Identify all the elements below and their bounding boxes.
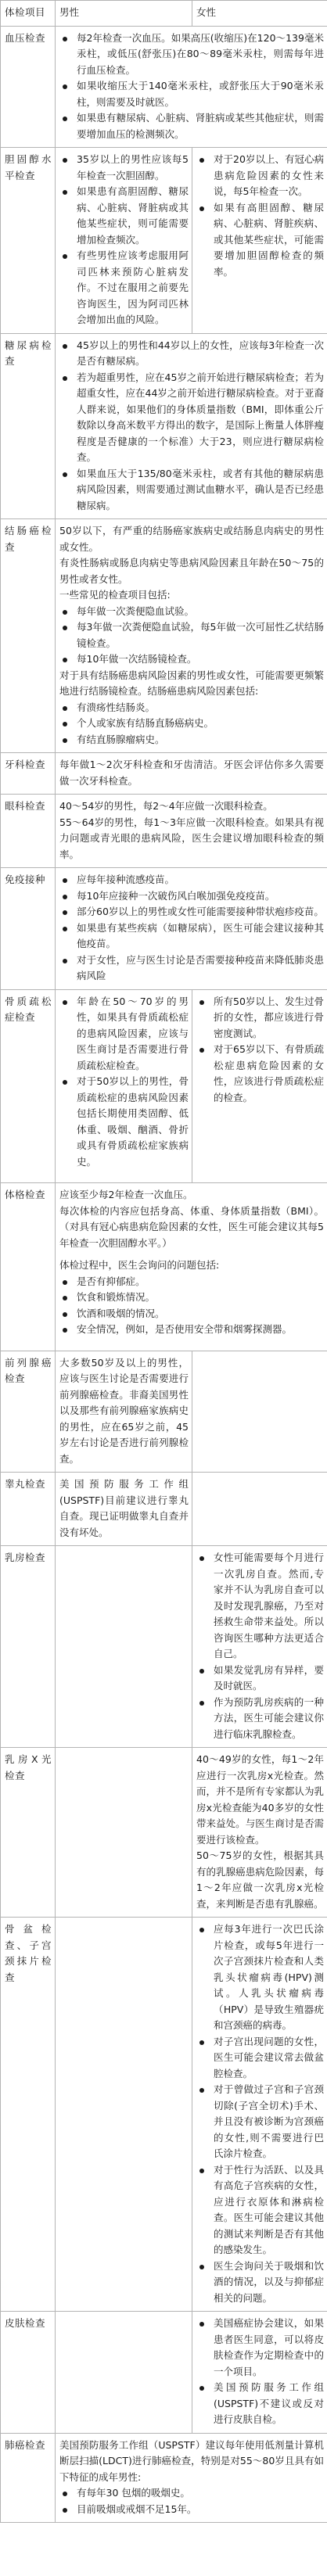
row-content-male (56, 1748, 192, 1918)
paragraph: 每次体检的内容应包括身高、体重、身体质量指数（BMI）。（对具有冠心病患病危险因… (59, 1204, 324, 1252)
row-label: 血压检查 (1, 26, 56, 148)
row-label: 乳房检查 (1, 1546, 56, 1748)
row-label: 糖尿病检查 (1, 333, 56, 519)
row-content-male: 大多数50岁及以上的男性，应该与医生讨论是否需要进行前列腺癌检查。非裔美国男性以… (56, 1351, 192, 1473)
paragraph: 每年做1～2次牙科检查和牙齿清洁。牙医会评估你多久需要做一次牙科检查。 (59, 757, 324, 789)
list-item: 每10年应接种一次破伤风白喉加强免疫疫苗。 (59, 888, 324, 905)
row-content-male: 年龄在50～70岁的男性，如果具有骨质疏松症的患病风险因素，应该与医生商讨是否需… (56, 989, 192, 1183)
list-item: 应每3年进行一次巴氏涂片检查，或每5年进行一次子宫颈抹片检查和人类乳头状瘤病毒(… (196, 1921, 324, 2034)
row-label: 结肠癌检查 (1, 519, 56, 753)
list-item: 有结直肠腺瘤病史。 (59, 732, 324, 748)
row-breast: 乳房检查 女性可能需要每个月进行一次乳房自查。然而,专家并不认为乳房自查可以及时… (1, 1546, 327, 1748)
row-label: 眼科检查 (1, 795, 56, 868)
row-content-female (192, 1473, 327, 1546)
row-colon-cancer: 结肠癌检查 50岁以下，有严重的结肠癌家族病史或结肠息肉病史的男性或女性。 有炎… (1, 519, 327, 753)
list-item: 如果患有某些疾病（如糖尿病），医生可能会建议接种其他疫苗。 (59, 920, 324, 953)
paragraph: 大多数50岁及以上的男性，应该与医生讨论是否需要进行前列腺癌检查。非裔美国男性以… (59, 1355, 189, 1468)
list-item: 美国癌症协会建议，如果患者医生同意，可以将皮肤检查作为定期检查中的一个项目。 (196, 2316, 324, 2380)
paragraph: 一些常见的检查项目包括: (59, 587, 324, 604)
list-item: 如果血压大于135/80毫米汞柱，或者有其他的糖尿病患病风险因素，则需要通过测试… (59, 466, 324, 515)
list-item: 如果患有高胆固醇、糖尿病、心脏病、肾脏病或其他某些症状，则可能需要增加检查频次。 (59, 184, 189, 248)
list-item: 美国预防服务工作组(USPSTF)不建议或反对进行皮肤自检。 (196, 2380, 324, 2428)
row-content-female: 应每3年进行一次巴氏涂片检查，或每5年进行一次子宫颈抹片检查和人类乳头状瘤病毒(… (192, 1918, 327, 2312)
row-content-both: 应该至少每2年检查一次血压。 每次体检的内容应包括身高、体重、身体质量指数（BM… (56, 1183, 327, 1351)
list-item: 对于曾做过子宫和子宫颈切除(子宫全切术)手术、并且没有被诊断为宫颈癌的女性,则不… (196, 2082, 324, 2162)
list-item: 有些男性应该考虑服用阿司匹林来预防心脏病发作。不过在服用之前要先咨询医生，因为阿… (59, 248, 189, 328)
list-item: 医生会询问关于吸烟和饮酒的情况，以及与抑郁症相关的问题。 (196, 2258, 324, 2307)
row-dental: 牙科检查 每年做1～2次牙科检查和牙齿清洁。牙医会评估你多久需要做一次牙科检查。 (1, 753, 327, 795)
list-item: 45岁以上的男性和44岁以上的女性，应该每3年检查一次是否有糖尿病。 (59, 338, 324, 370)
row-pelvic: 骨盆检查、子宫颈抹片检查 应每3年进行一次巴氏涂片检查，或每5年进行一次子宫颈抹… (1, 1918, 327, 2312)
row-content-both: 45岁以上的男性和44岁以上的女性，应该每3年检查一次是否有糖尿病。 若为超重男… (56, 333, 327, 519)
row-content-both: 50岁以下，有严重的结肠癌家族病史或结肠息肉病史的男性或女性。 有炎性肠病或肠息… (56, 519, 327, 753)
header-row: 体检项目 男性 女性 (1, 1, 327, 27)
list-item: 如果发觉乳房有异样，要及时就医。 (196, 1663, 324, 1695)
row-testicular: 睾丸检查 美国预防服务工作组(USPSTF)目前建议进行睾丸自查。现已证明做睾丸… (1, 1473, 327, 1546)
row-skin: 皮肤检查 美国癌症协会建议，如果患者医生同意，可以将皮肤检查作为定期检查中的一个… (1, 2312, 327, 2434)
row-label: 皮肤检查 (1, 2312, 56, 2434)
paragraph: 体检过程中，医生会询问的问题包括: (59, 1258, 324, 1274)
paragraph: 美国预防服务工作组(USPSTF)目前建议进行睾丸自查。现已证明做睾丸自查并没有… (59, 1476, 189, 1541)
list-item: 有每年30 包烟的吸烟史。 (59, 2485, 324, 2502)
row-content-female: 女性可能需要每个月进行一次乳房自查。然而,专家并不认为乳房自查可以及时发现乳腺癌… (192, 1546, 327, 1748)
row-blood-pressure: 血压检查 每2年检查一次血压。如果高压(收缩压)在120～139毫米汞柱，或低压… (1, 26, 327, 148)
paragraph: 应该至少每2年检查一次血压。 (59, 1187, 324, 1204)
health-checkup-table: 体检项目 男性 女性 血压检查 每2年检查一次血压。如果高压(收缩压)在120～… (0, 0, 327, 2523)
row-label: 肺癌检查 (1, 2433, 56, 2523)
row-label: 免疫接种 (1, 868, 56, 990)
list-item: 所有50岁以上、发生过骨折的女性，都应该进行骨密度测试。 (196, 994, 324, 1042)
row-osteoporosis: 骨质疏松症检查 年龄在50～70岁的男性，如果具有骨质疏松症的患病风险因素，应该… (1, 989, 327, 1183)
list-item: 每2年检查一次血压。如果高压(收缩压)在120～139毫米汞柱，或低压(舒张压)… (59, 30, 324, 79)
header-item: 体检项目 (1, 1, 56, 27)
row-label: 牙科检查 (1, 753, 56, 795)
row-content-both: 美国预防服务工作组（USPSTF）建议每年使用低剂量计算机断层扫描(LDCT)进… (56, 2433, 327, 2523)
header-male: 男性 (56, 1, 192, 27)
list-item: 女性可能需要每个月进行一次乳房自查。然而,专家并不认为乳房自查可以及时发现乳腺癌… (196, 1550, 324, 1663)
list-item: 是否有抑郁症。 (59, 1274, 324, 1290)
header-female: 女性 (192, 1, 327, 27)
list-item: 如果收缩压大于140毫米汞柱，或舒张压大于90毫米汞柱，则需要及时就医。 (59, 78, 324, 110)
list-item: 每3年做一次粪便隐血试验，每5年做一次可屈性乙状结肠镜检查。 (59, 619, 324, 651)
paragraph: 50～75岁的女性，根据其具有的乳腺癌患病危险因素，每1～2年应做一次乳房x光检… (196, 1848, 324, 1912)
list-item: 对于20岁以上、有冠心病患病危险因素的女性来说，每5年检查一次。 (196, 152, 324, 200)
row-content-both: 40～54岁的男性，每2～4年应做一次眼科检查。 55～64岁的男性，每1～3年… (56, 795, 327, 868)
list-item: 应每年接种流感疫苗。 (59, 872, 324, 888)
list-item: 对于女性，应与医生讨论是否需要接种疫苗来降低肺炎患病风险 (59, 953, 324, 985)
list-item: 作为预防乳房疾病的一种方法，医生可能会建议你进行临床乳腺检查。 (196, 1695, 324, 1743)
row-label: 胆固醇水平检查 (1, 148, 56, 334)
list-item: 对于性行为活跃、以及具有高危子宫疾病的女性，应进行衣原体和淋病检查。医生可能会建… (196, 2162, 324, 2258)
row-physical: 体格检查 应该至少每2年检查一次血压。 每次体检的内容应包括身高、体重、身体质量… (1, 1183, 327, 1351)
list-item: 个人或家族有结肠直肠癌病史。 (59, 716, 324, 732)
row-mammogram: 乳房X光检查 40～49岁的女性，每1～2年应进行一次乳房x光检查。然而，并不是… (1, 1748, 327, 1918)
list-item: 部分60岁以上的男性或女性可能需要接种带状疱疹疫苗。 (59, 904, 324, 920)
row-content-both: 应每年接种流感疫苗。 每10年应接种一次破伤风白喉加强免疫疫苗。 部分60岁以上… (56, 868, 327, 990)
row-content-male: 35岁以上的男性应该每5年检查一次胆固醇。 如果患有高胆固醇、糖尿病、心脏病、肾… (56, 148, 192, 334)
row-label: 前列腺癌检查 (1, 1351, 56, 1473)
row-content-both: 每2年检查一次血压。如果高压(收缩压)在120～139毫米汞柱，或低压(舒张压)… (56, 26, 327, 148)
row-diabetes: 糖尿病检查 45岁以上的男性和44岁以上的女性，应该每3年检查一次是否有糖尿病。… (1, 333, 327, 519)
paragraph: 55～64岁的男性，每1～3年应做一次眼科检查。如果具有视力问题或青光眼的患病风… (59, 815, 324, 863)
paragraph: 对于具有结肠癌患病风险因素的男性或女性，可能需要更频繁地进行结肠镜检查。结肠癌患… (59, 668, 324, 700)
row-content-female: 对于20岁以上、有冠心病患病危险因素的女性来说，每5年检查一次。 如果有高胆固醇… (192, 148, 327, 334)
paragraph: 50岁以下，有严重的结肠癌家族病史或结肠息肉病史的男性或女性。 (59, 523, 324, 555)
row-content-female: 美国癌症协会建议，如果患者医生同意，可以将皮肤检查作为定期检查中的一个项目。 美… (192, 2312, 327, 2434)
paragraph: 有炎性肠病或肠息肉病史等患病风险因素且年龄在50～75的男性或者女性。 (59, 555, 324, 587)
row-content-both: 每年做1～2次牙科检查和牙齿清洁。牙医会评估你多久需要做一次牙科检查。 (56, 753, 327, 795)
row-content-female: 40～49岁的女性，每1～2年应进行一次乳房x光检查。然而，并不是所有专家都认为… (192, 1748, 327, 1918)
list-item: 如果有高胆固醇、糖尿病、心脏病、肾脏疾病、或其他某些症状，可能需要增加胆固醇检查… (196, 200, 324, 281)
row-content-male (56, 2312, 192, 2434)
list-item: 每10年做一次结肠镜检查。 (59, 651, 324, 668)
paragraph: 40～49岁的女性，每1～2年应进行一次乳房x光检查。然而，并不是所有专家都认为… (196, 1752, 324, 1848)
row-content-male: 美国预防服务工作组(USPSTF)目前建议进行睾丸自查。现已证明做睾丸自查并没有… (56, 1473, 192, 1546)
list-item: 目前吸烟或戒烟不足15年。 (59, 2502, 324, 2518)
list-item: 饮食和锻炼情况。 (59, 1290, 324, 1306)
row-label: 体格检查 (1, 1183, 56, 1351)
list-item: 对于65岁以下、有骨质疏松症患病危险因素的女性，应该进行骨质疏松症的检查。 (196, 1042, 324, 1106)
row-content-female: 所有50岁以上、发生过骨折的女性，都应该进行骨密度测试。 对于65岁以下、有骨质… (192, 989, 327, 1183)
list-item: 饮酒和吸烟的情况。 (59, 1306, 324, 1322)
row-label: 睾丸检查 (1, 1473, 56, 1546)
row-label: 骨盆检查、子宫颈抹片检查 (1, 1918, 56, 2312)
list-item: 如果患有糖尿病、心脏病、肾脏病或某些其他症状，则需要增加血压的检测频次。 (59, 110, 324, 142)
list-item: 若为超重男性，应在45岁之前开始进行糖尿病检查；若为超重女性，应在44岁之前开始… (59, 370, 324, 466)
list-item: 对子宫出现问题的女性，医生可能会建议常去做盆腔检查。 (196, 2034, 324, 2083)
row-prostate: 前列腺癌检查 大多数50岁及以上的男性，应该与医生讨论是否需要进行前列腺癌检查。… (1, 1351, 327, 1473)
list-item: 有溃疡性结肠炎。 (59, 700, 324, 716)
row-content-male (56, 1918, 192, 2312)
list-item: 安全情况，例如，是否使用安全带和烟雾探测器。 (59, 1322, 324, 1338)
row-content-male (56, 1546, 192, 1748)
row-immunization: 免疫接种 应每年接种流感疫苗。 每10年应接种一次破伤风白喉加强免疫疫苗。 部分… (1, 868, 327, 990)
paragraph: 美国预防服务工作组（USPSTF）建议每年使用低剂量计算机断层扫描(LDCT)进… (59, 2438, 324, 2486)
paragraph: 40～54岁的男性，每2～4年应做一次眼科检查。 (59, 798, 324, 815)
list-item: 35岁以上的男性应该每5年检查一次胆固醇。 (59, 152, 189, 184)
row-content-female (192, 1351, 327, 1473)
list-item: 年龄在50～70岁的男性，如果具有骨质疏松症的患病风险因素，应该与医生商讨是否需… (59, 994, 189, 1075)
list-item: 每年做一次粪便隐血试验。 (59, 604, 324, 620)
row-label: 骨质疏松症检查 (1, 989, 56, 1183)
list-item: 对于50岁以上的男性，骨质疏松症的患病风险因素包括长期使用类固醇、低体重、吸烟、… (59, 1074, 189, 1170)
row-eye: 眼科检查 40～54岁的男性，每2～4年应做一次眼科检查。 55～64岁的男性，… (1, 795, 327, 868)
row-cholesterol: 胆固醇水平检查 35岁以上的男性应该每5年检查一次胆固醇。 如果患有高胆固醇、糖… (1, 148, 327, 334)
row-lung-cancer: 肺癌检查 美国预防服务工作组（USPSTF）建议每年使用低剂量计算机断层扫描(L… (1, 2433, 327, 2523)
row-label: 乳房X光检查 (1, 1748, 56, 1918)
